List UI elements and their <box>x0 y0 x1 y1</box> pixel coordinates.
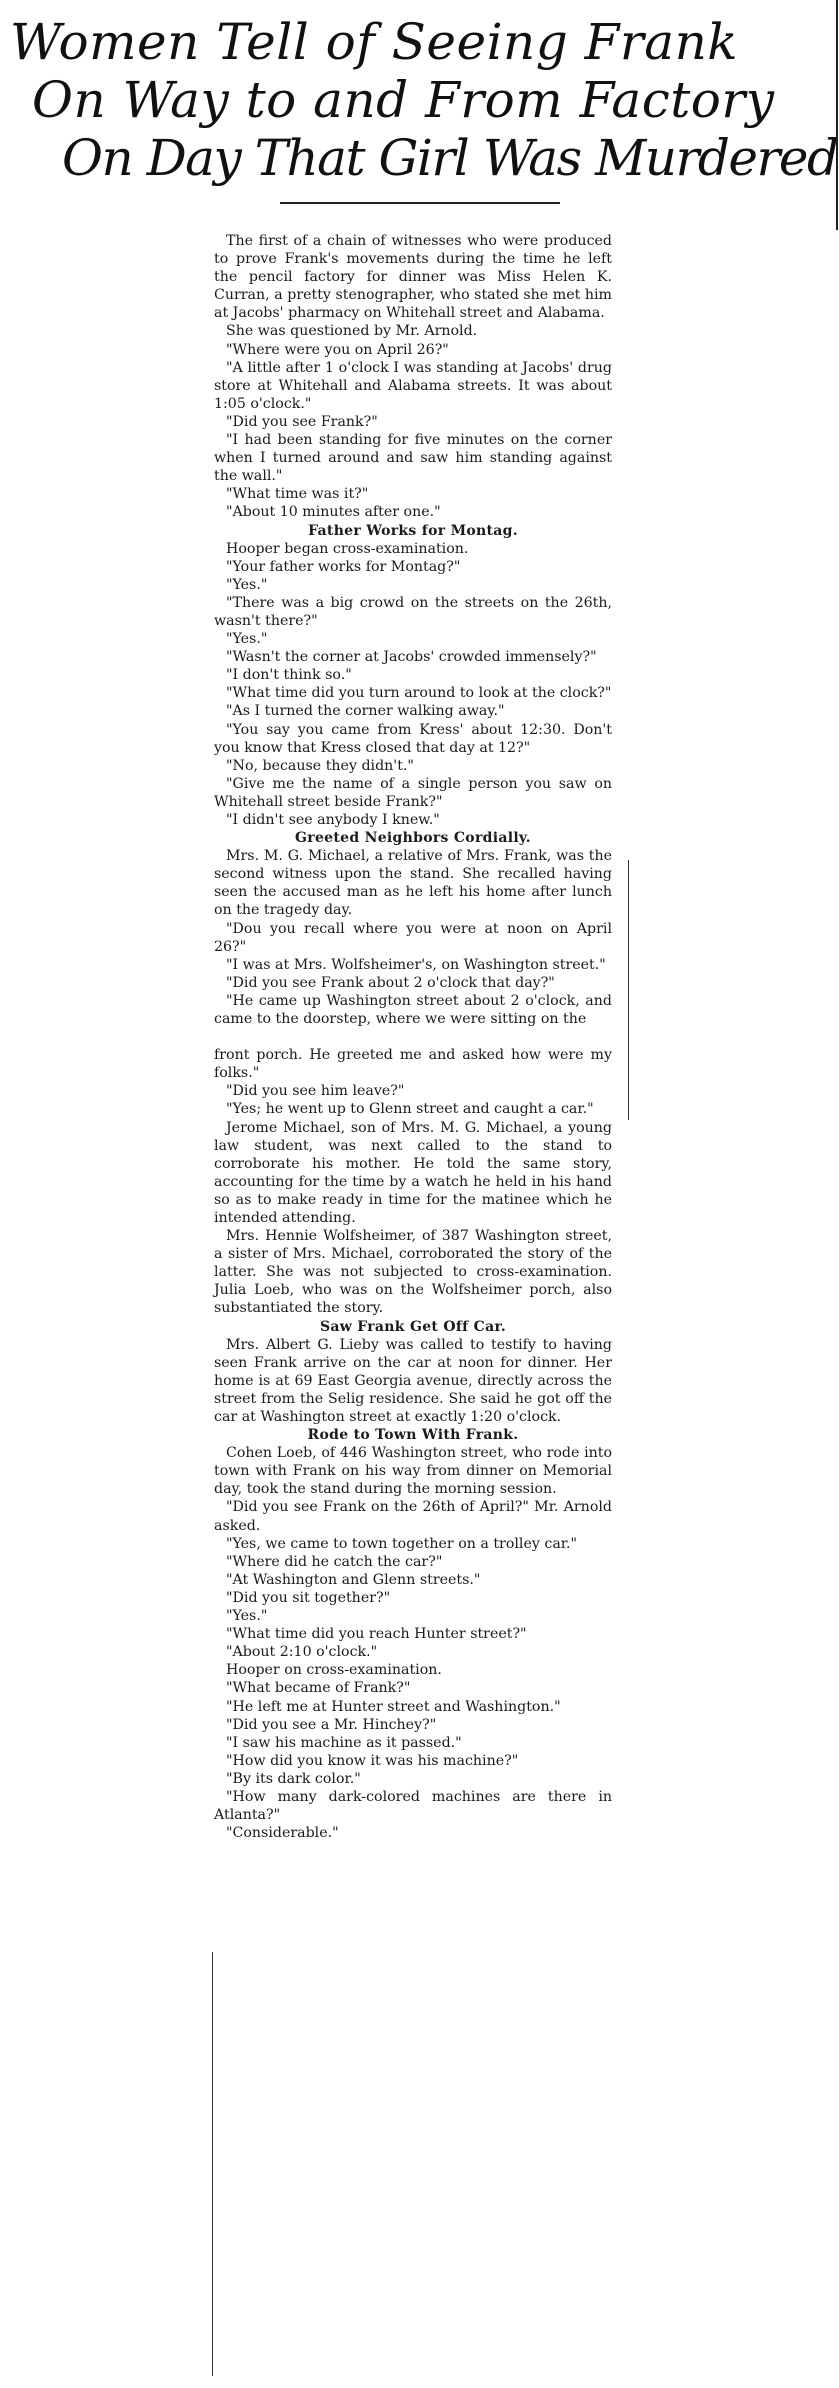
paragraph: "What time did you reach Hunter street?" <box>214 1625 612 1643</box>
paragraph: "A little after 1 o'clock I was standing… <box>214 359 612 413</box>
paragraph: "You say you came from Kress' about 12:3… <box>214 721 612 757</box>
paragraph: "I saw his machine as it passed." <box>214 1734 612 1752</box>
section-subhead: Greeted Neighbors Cordially. <box>214 829 612 847</box>
paragraph: Mrs. Hennie Wolfsheimer, of 387 Washingt… <box>214 1227 612 1317</box>
section-subhead: Father Works for Montag. <box>214 522 612 540</box>
paragraph: "What time did you turn around to look a… <box>214 684 612 702</box>
headline-line-3: On Day That Girl Was Murdered <box>62 128 838 188</box>
paragraph: "As I turned the corner walking away." <box>214 702 612 720</box>
paragraph: "Yes, we came to town together on a trol… <box>214 1535 612 1553</box>
paragraph: "Your father works for Montag?" <box>214 558 612 576</box>
paragraph: Cohen Loeb, of 446 Washington street, wh… <box>214 1444 612 1498</box>
paragraph: "Considerable." <box>214 1824 612 1842</box>
paragraph: "Where did he catch the car?" <box>214 1553 612 1571</box>
paragraph: "What time was it?" <box>214 485 612 503</box>
paragraph: "Did you see him leave?" <box>214 1082 612 1100</box>
paragraph: Hooper began cross-examination. <box>214 540 612 558</box>
paragraph: She was questioned by Mr. Arnold. <box>214 322 612 340</box>
paragraph: "What became of Frank?" <box>214 1679 612 1697</box>
column-gap <box>214 1028 612 1046</box>
paragraph: "I don't think so." <box>214 666 612 684</box>
paragraph: "Give me the name of a single person you… <box>214 775 612 811</box>
paragraph: Hooper on cross-examination. <box>214 1661 612 1679</box>
paragraph: "Yes; he went up to Glenn street and cau… <box>214 1100 612 1118</box>
paragraph: Jerome Michael, son of Mrs. M. G. Michae… <box>214 1119 612 1228</box>
paragraph: "About 10 minutes after one." <box>214 503 612 521</box>
paragraph: "He left me at Hunter street and Washing… <box>214 1698 612 1716</box>
page-edge-rule <box>836 0 838 230</box>
paragraph: "Did you see Frank on the 26th of April?… <box>214 1498 612 1534</box>
article-body: The first of a chain of witnesses who we… <box>214 232 612 1842</box>
paragraph: "Did you see Frank?" <box>214 413 612 431</box>
paragraph: "Did you sit together?" <box>214 1589 612 1607</box>
headline-line-1: Women Tell of Seeing Frank <box>10 12 738 72</box>
paragraph: "I was at Mrs. Wolfsheimer's, on Washing… <box>214 956 612 974</box>
paragraph: "How did you know it was his machine?" <box>214 1752 612 1770</box>
paragraph: "Dou you recall where you were at noon o… <box>214 920 612 956</box>
paragraph: "I didn't see anybody I knew." <box>214 811 612 829</box>
paragraph: "Where were you on April 26?" <box>214 341 612 359</box>
paragraph: "Yes." <box>214 1607 612 1625</box>
paragraph: "Did you see Frank about 2 o'clock that … <box>214 974 612 992</box>
paragraph: "By its dark color." <box>214 1770 612 1788</box>
paragraph: Mrs. M. G. Michael, a relative of Mrs. F… <box>214 847 612 919</box>
headline-divider <box>280 202 560 204</box>
paragraph: "No, because they didn't." <box>214 757 612 775</box>
paragraph: "Wasn't the corner at Jacobs' crowded im… <box>214 648 612 666</box>
paragraph: "About 2:10 o'clock." <box>214 1643 612 1661</box>
paragraph: front porch. He greeted me and asked how… <box>214 1046 612 1082</box>
paragraph: The first of a chain of witnesses who we… <box>214 232 612 322</box>
paragraph: "He came up Washington street about 2 o'… <box>214 992 612 1028</box>
paragraph: "Yes." <box>214 576 612 594</box>
paragraph: "At Washington and Glenn streets." <box>214 1571 612 1589</box>
column-rule-right <box>628 860 629 1120</box>
paragraph: Mrs. Albert G. Lieby was called to testi… <box>214 1336 612 1426</box>
paragraph: "Yes." <box>214 630 612 648</box>
headline-line-2: On Way to and From Factory <box>32 70 775 130</box>
paragraph: "How many dark-colored machines are ther… <box>214 1788 612 1824</box>
paragraph: "I had been standing for five minutes on… <box>214 431 612 485</box>
paragraph: "Did you see a Mr. Hinchey?" <box>214 1716 612 1734</box>
section-subhead: Rode to Town With Frank. <box>214 1426 612 1444</box>
column-rule-left-lower <box>212 1952 213 2376</box>
paragraph: "There was a big crowd on the streets on… <box>214 594 612 630</box>
section-subhead: Saw Frank Get Off Car. <box>214 1318 612 1336</box>
